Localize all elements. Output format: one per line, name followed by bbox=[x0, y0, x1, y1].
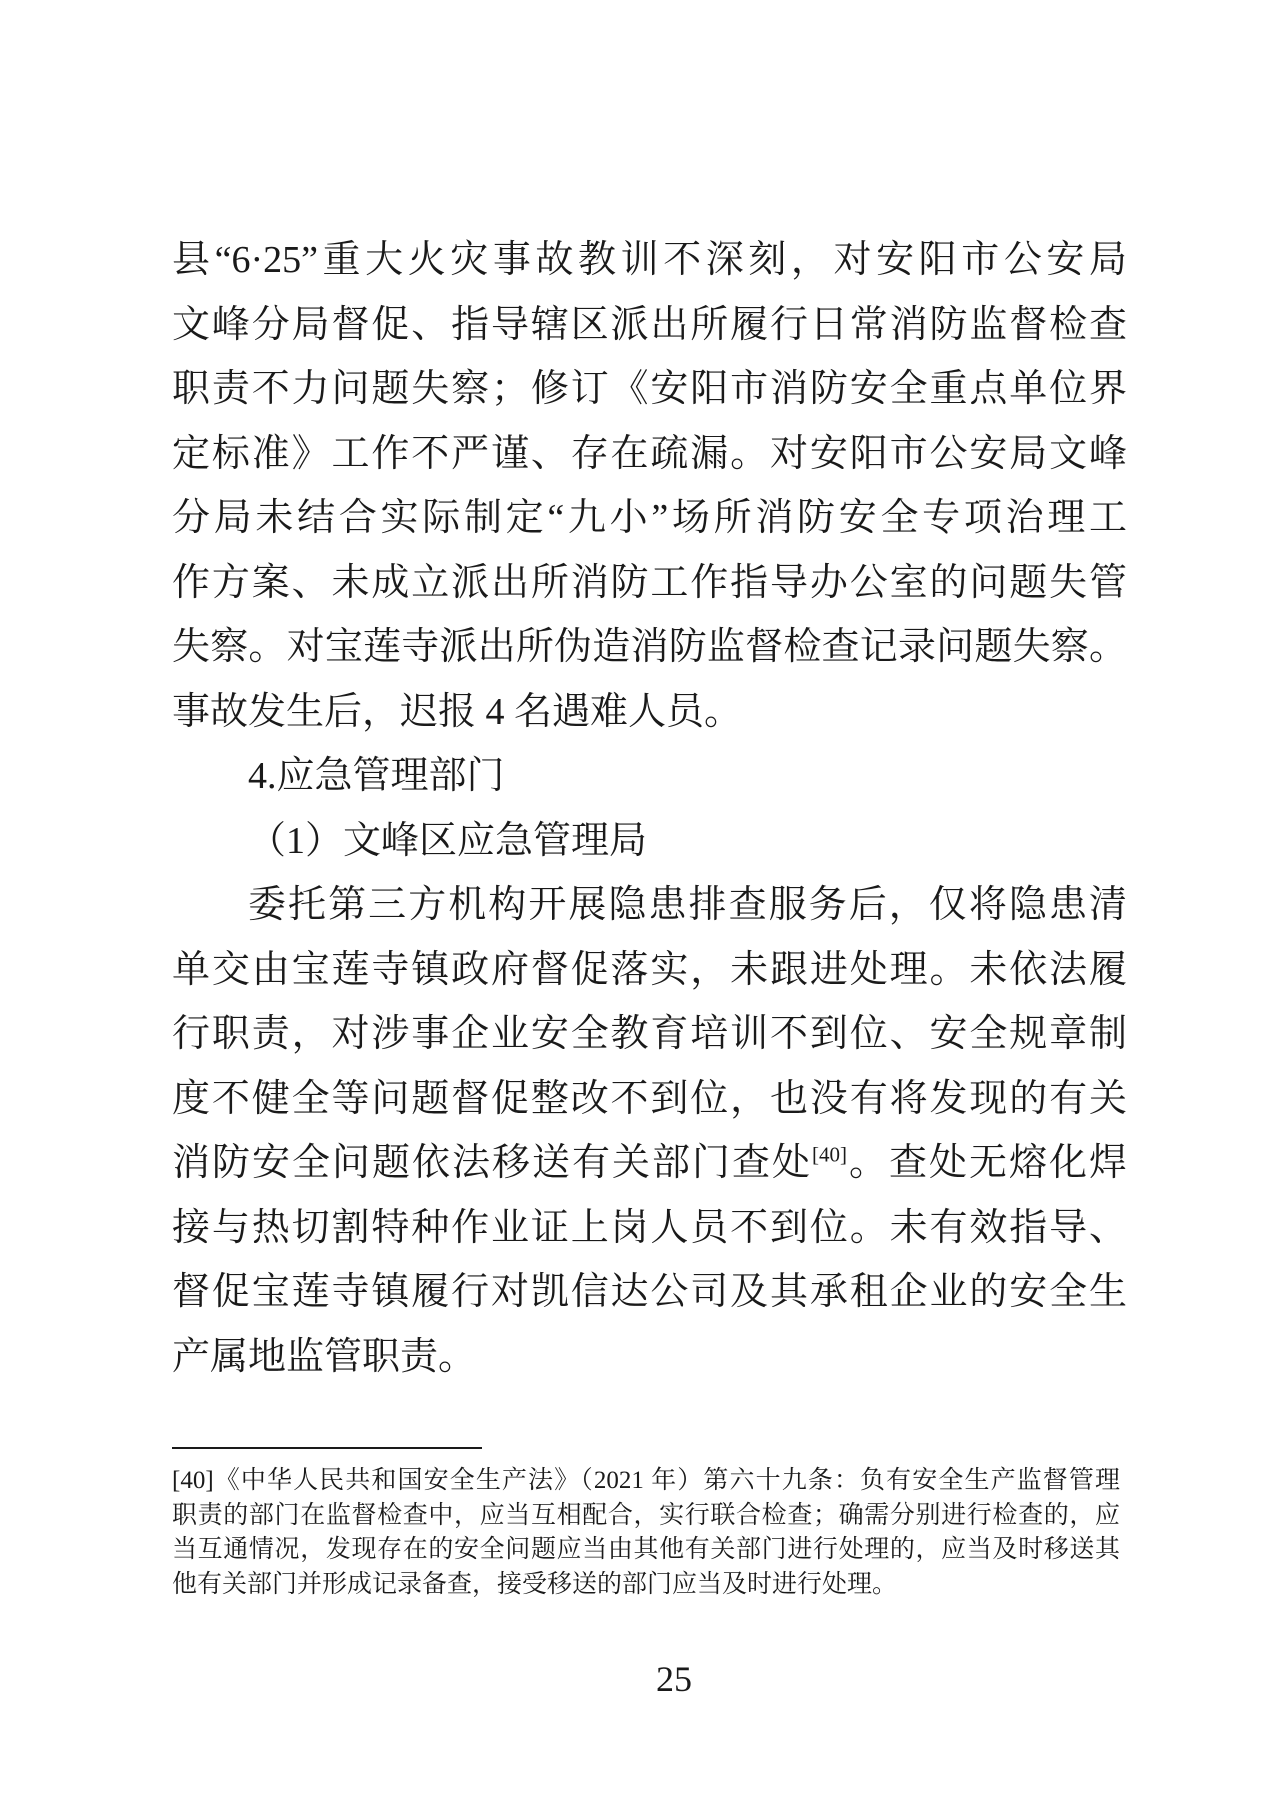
footnote-ref-marker: [40] bbox=[812, 1142, 847, 1166]
text-line: 职责不力问题失察；修订《安阳市消防安全重点单位界 bbox=[172, 357, 1127, 422]
text-line: 县“6·25”重大火灾事故教训不深刻，对安阳市公安局 bbox=[172, 228, 1127, 293]
text-line: 产属地监管职责。 bbox=[172, 1325, 1127, 1390]
text-line: 文峰分局督促、指导辖区派出所履行日常消防监督检查 bbox=[172, 293, 1127, 358]
text-line: 消防安全问题依法移送有关部门查处[40]。查处无熔化焊 bbox=[172, 1131, 1127, 1196]
text-line: 分局未结合实际制定“九小”场所消防安全专项治理工 bbox=[172, 486, 1127, 551]
text-line: 接与热切割特种作业证上岗人员不到位。未有效指导、 bbox=[172, 1196, 1127, 1261]
text-line: （1）文峰区应急管理局 bbox=[172, 809, 1127, 874]
text-line: 单交由宝莲寺镇政府督促落实，未跟进处理。未依法履 bbox=[172, 938, 1127, 1003]
text-line: 他有关部门并形成记录备查，接受移送的部门应当及时进行处理。 bbox=[172, 1568, 1120, 1603]
text-line: 作方案、未成立派出所消防工作指导办公室的问题失管 bbox=[172, 551, 1127, 616]
text-line: 度不健全等问题督促整改不到位，也没有将发现的有关 bbox=[172, 1067, 1127, 1132]
document-page: 县“6·25”重大火灾事故教训不深刻，对安阳市公安局文峰分局督促、指导辖区派出所… bbox=[0, 0, 1280, 1809]
text-line: 失察。对宝莲寺派出所伪造消防监督检查记录问题失察。 bbox=[172, 615, 1127, 680]
text-line: 当互通情况，发现存在的安全问题应当由其他有关部门进行处理的，应当及时移送其 bbox=[172, 1533, 1120, 1568]
text-line: 事故发生后，迟报 4 名遇难人员。 bbox=[172, 680, 1127, 745]
text-line: 督促宝莲寺镇履行对凯信达公司及其承租企业的安全生 bbox=[172, 1260, 1127, 1325]
body-text: 县“6·25”重大火灾事故教训不深刻，对安阳市公安局文峰分局督促、指导辖区派出所… bbox=[172, 228, 1127, 1389]
page-number: 25 bbox=[656, 1661, 692, 1697]
footnote-separator bbox=[172, 1447, 482, 1449]
text-line: 委托第三方机构开展隐患排查服务后，仅将隐患清 bbox=[172, 873, 1127, 938]
text-line: 4.应急管理部门 bbox=[172, 744, 1127, 809]
text-line: 行职责，对涉事企业安全教育培训不到位、安全规章制 bbox=[172, 1002, 1127, 1067]
text-line: 职责的部门在监督检查中，应当互相配合，实行联合检查；确需分别进行检查的，应 bbox=[172, 1499, 1120, 1534]
text-line: [40]《中华人民共和国安全生产法》（2021 年）第六十九条：负有安全生产监督… bbox=[172, 1464, 1120, 1499]
text-line: 定标准》工作不严谨、存在疏漏。对安阳市公安局文峰 bbox=[172, 422, 1127, 487]
footnote: [40]《中华人民共和国安全生产法》（2021 年）第六十九条：负有安全生产监督… bbox=[172, 1464, 1120, 1602]
